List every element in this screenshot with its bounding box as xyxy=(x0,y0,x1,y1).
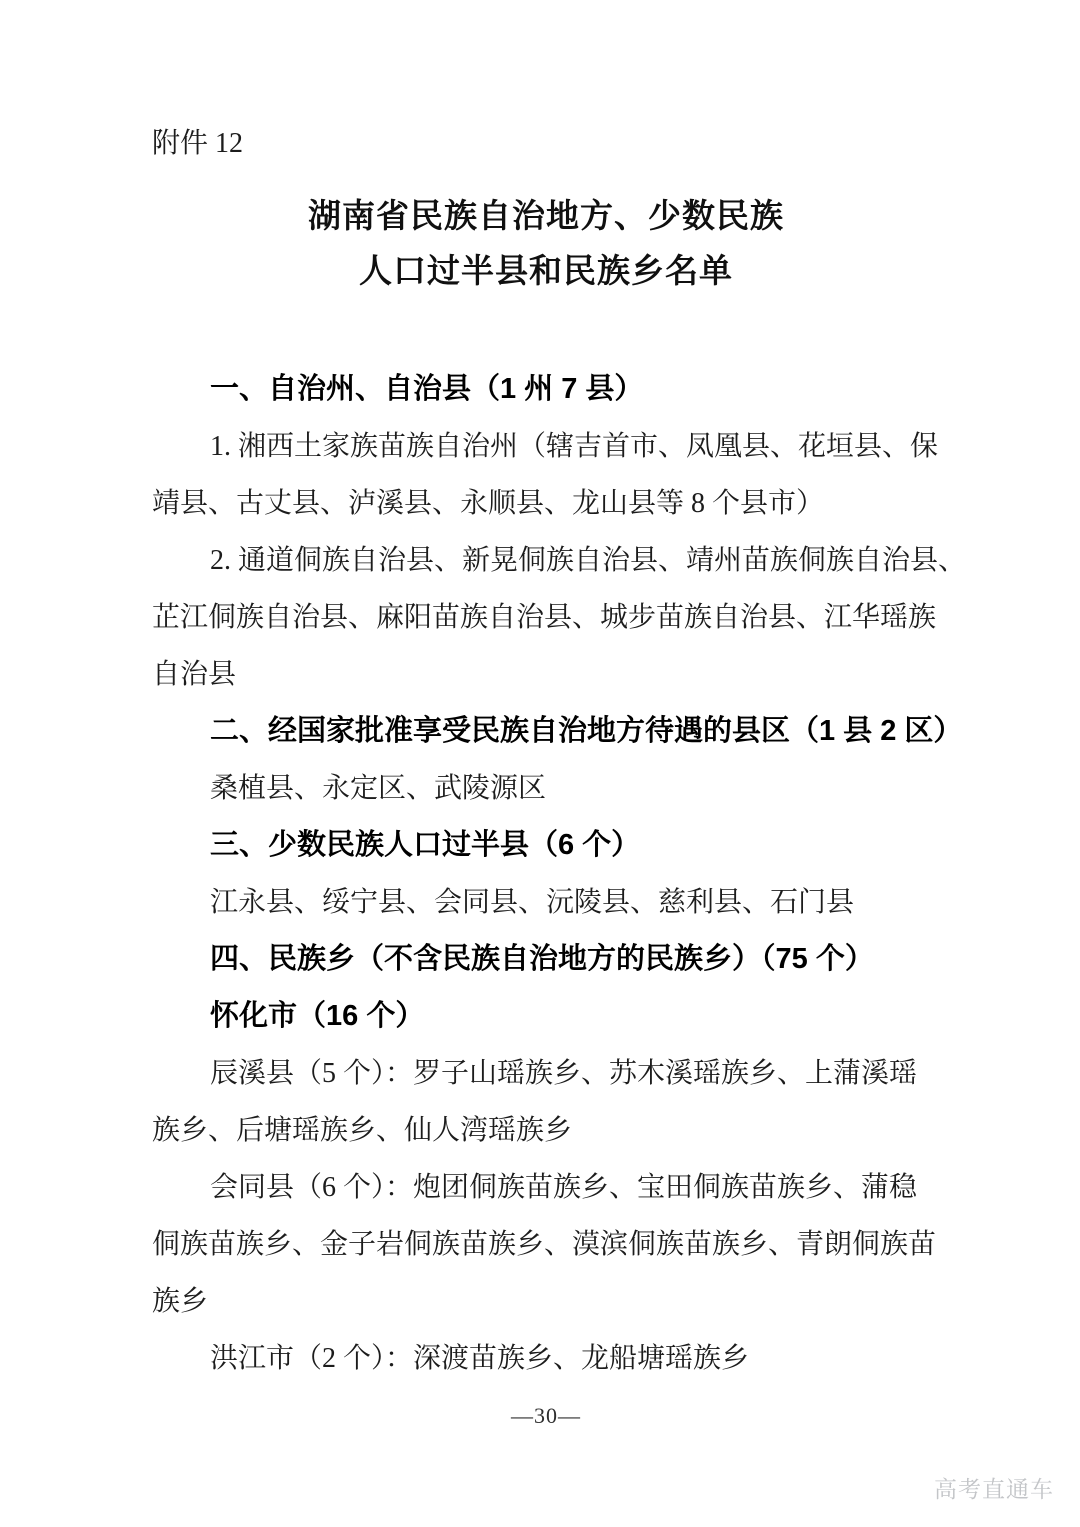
section-4-item-chenxi-line-1: 辰溪县（5 个）：罗子山瑶族乡、苏木溪瑶族乡、上蒲溪瑶 xyxy=(152,1045,940,1102)
section-1-item-2-line-3: 自治县 xyxy=(152,646,940,703)
section-4-heading: 四、民族乡（不含民族自治地方的民族乡）（75 个） xyxy=(152,931,940,988)
section-1-item-1-line-1: 1. 湘西土家族苗族自治州（辖吉首市、凤凰县、花垣县、保 xyxy=(152,418,940,475)
document-content: 附件 12 湖南省民族自治地方、少数民族 人口过半县和民族乡名单 一、自治州、自… xyxy=(152,115,940,1444)
document-title-line-1: 湖南省民族自治地方、少数民族 xyxy=(152,190,940,245)
section-3-heading: 三、少数民族人口过半县（6 个） xyxy=(152,817,940,874)
attachment-label: 附件 12 xyxy=(152,115,940,172)
section-4-item-hongjiang-line-1: 洪江市（2 个）：深渡苗族乡、龙船塘瑶族乡 xyxy=(152,1330,940,1387)
section-4-city-heading-huaihua: 怀化市（16 个） xyxy=(152,988,940,1045)
document-title-line-2: 人口过半县和民族乡名单 xyxy=(152,245,940,300)
section-4-item-chenxi-line-2: 族乡、后塘瑶族乡、仙人湾瑶族乡 xyxy=(152,1102,940,1159)
section-4-item-huitong-line-3: 族乡 xyxy=(152,1273,940,1330)
section-3-item-1-line-1: 江永县、绥宁县、会同县、沅陵县、慈利县、石门县 xyxy=(152,874,940,931)
section-1-item-1-line-2: 靖县、古丈县、泸溪县、永顺县、龙山县等 8 个县市） xyxy=(152,475,940,532)
section-2-heading: 二、经国家批准享受民族自治地方待遇的县区（1 县 2 区） xyxy=(152,703,940,760)
section-4-item-huitong-line-2: 侗族苗族乡、金子岩侗族苗族乡、漠滨侗族苗族乡、青朗侗族苗 xyxy=(152,1216,940,1273)
title-section-spacer xyxy=(152,300,940,361)
watermark-gaokao-zhitongche: 高考直通车 xyxy=(934,1471,1054,1504)
section-4-item-huitong-line-1: 会同县（6 个）：炮团侗族苗族乡、宝田侗族苗族乡、蒲稳 xyxy=(152,1159,940,1216)
section-1-item-2-line-1: 2. 通道侗族自治县、新晃侗族自治县、靖州苗族侗族自治县、 xyxy=(152,532,940,589)
document-page: 附件 12 湖南省民族自治地方、少数民族 人口过半县和民族乡名单 一、自治州、自… xyxy=(0,0,1080,1527)
section-2-item-1-line-1: 桑植县、永定区、武陵源区 xyxy=(152,760,940,817)
section-1-heading: 一、自治州、自治县（1 州 7 县） xyxy=(152,361,940,418)
page-number: —30— xyxy=(152,1387,940,1444)
section-1-item-2-line-2: 芷江侗族自治县、麻阳苗族自治县、城步苗族自治县、江华瑶族 xyxy=(152,589,940,646)
document-title: 湖南省民族自治地方、少数民族 人口过半县和民族乡名单 xyxy=(152,190,940,300)
